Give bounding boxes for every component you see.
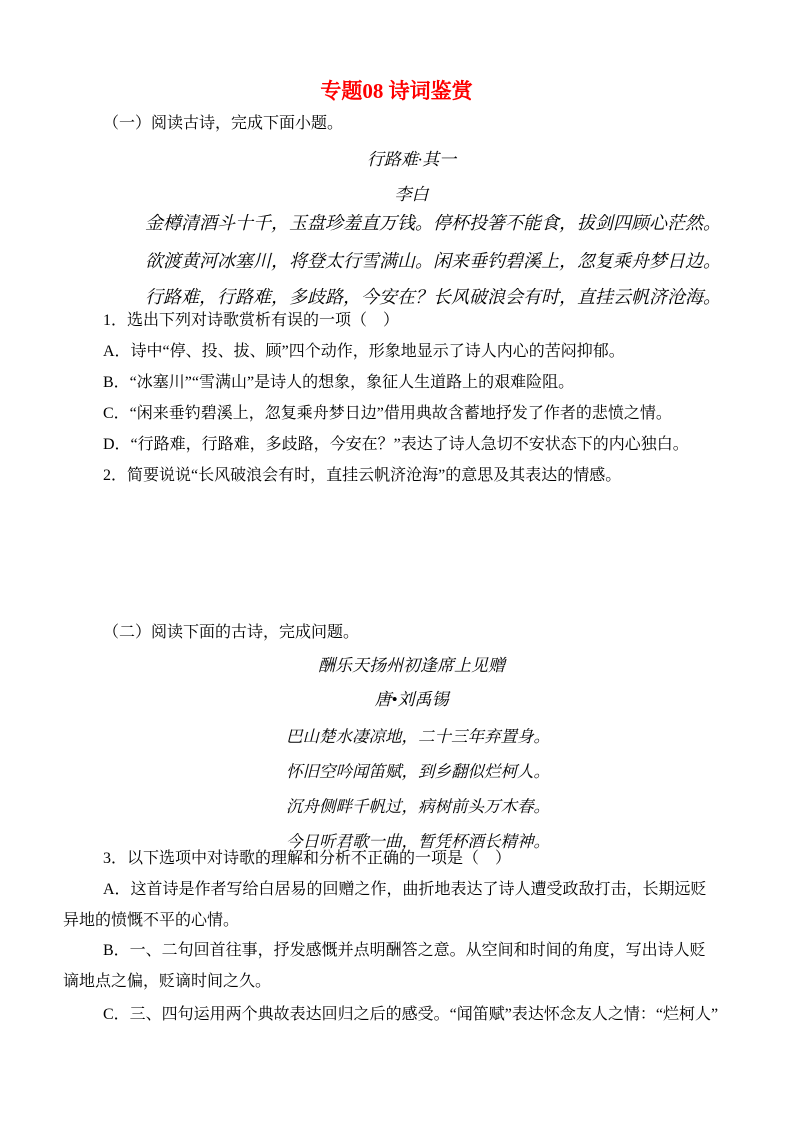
question-1-stem: 1．选出下列对诗歌赏析有误的一项（ ） bbox=[103, 311, 399, 332]
poem-1-author: 李白 bbox=[30, 184, 793, 206]
question-1-option-c: C．“闲来垂钓碧溪上，忽复乘舟梦日边”借用典故含蓄地抒发了作者的悲愤之情。 bbox=[103, 404, 672, 425]
poem-2-line-3: 沉舟侧畔千帆过，病树前头万木春。 bbox=[286, 796, 550, 817]
poem-1-line-3: 行路难，行路难，多歧路，今安在？长风破浪会有时，直挂云帆济沧海。 bbox=[145, 286, 721, 309]
question-3-option-a-line-1: A．这首诗是作者写给白居易的回赠之作，曲折地表达了诗人遭受政敌打击，长期远贬 bbox=[103, 880, 707, 901]
question-3-option-b-line-2: 谪地点之偏，贬谪时间之久。 bbox=[63, 972, 271, 993]
poem-2-line-2: 怀旧空吟闻笛赋，到乡翻似烂柯人。 bbox=[286, 761, 550, 782]
question-3-stem: 3．以下选项中对诗歌的理解和分析不正确的一项是（ ） bbox=[103, 849, 511, 870]
question-3-option-c: C．三、四句运用两个典故表达回归之后的感受。“闻笛赋”表达怀念友人之情：“烂柯人… bbox=[103, 1005, 718, 1026]
question-3-option-b-line-1: B．一、二句回首往事，抒发感慨并点明酬答之意。从空间和时间的角度，写出诗人贬 bbox=[103, 941, 706, 962]
poem-1-line-2: 欲渡黄河冰塞川，将登太行雪满山。闲来垂钓碧溪上，忽复乘舟梦日边。 bbox=[145, 250, 721, 273]
doc-title: 专题08 诗词鉴赏 bbox=[0, 78, 793, 105]
poem-2-author: 唐•刘禹锡 bbox=[30, 689, 793, 711]
question-3-option-a-line-2: 异地的愤慨不平的心情。 bbox=[63, 911, 239, 932]
question-1-option-a: A．诗中“停、投、拔、顾”四个动作，形象地显示了诗人内心的苦闷抑郁。 bbox=[103, 342, 625, 363]
question-1-option-d: D．“行路难，行路难，多歧路，今安在？”表达了诗人急切不安状态下的内心独白。 bbox=[103, 435, 689, 456]
poem-2-title: 酬乐天扬州初逢席上见赠 bbox=[30, 655, 793, 677]
question-1-option-b: B．“冰塞川”“雪满山”是诗人的想象，象征人生道路上的艰难险阻。 bbox=[103, 373, 574, 394]
section-2-intro: （二）阅读下面的古诗，完成问题。 bbox=[103, 623, 359, 644]
document-page: 专题08 诗词鉴赏 （一）阅读古诗，完成下面小题。 行路难·其一 李白 金樽清酒… bbox=[0, 0, 793, 1122]
section-1-intro: （一）阅读古诗，完成下面小题。 bbox=[103, 114, 343, 135]
poem-1-title: 行路难·其一 bbox=[30, 149, 793, 171]
poem-2-line-1: 巴山楚水凄凉地，二十三年弃置身。 bbox=[286, 726, 550, 747]
question-2-stem: 2．简要说说“长风破浪会有时，直挂云帆济沧海”的意思及其表达的情感。 bbox=[103, 466, 621, 487]
poem-1-line-1: 金樽清酒斗十千，玉盘珍羞直万钱。停杯投箸不能食，拔剑四顾心茫然。 bbox=[145, 212, 721, 235]
